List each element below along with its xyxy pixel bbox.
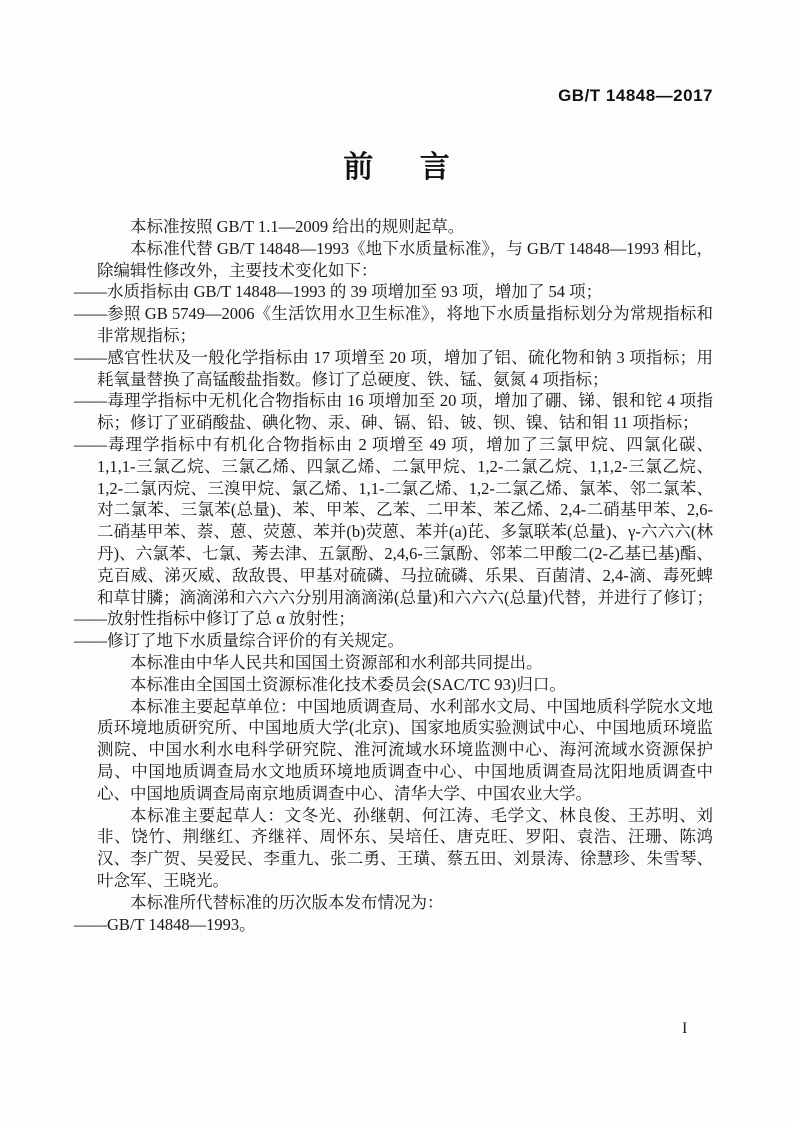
paragraph-basis: 本标准按照 GB/T 1.1—2009 给出的规则起草。 xyxy=(97,216,713,238)
page-number: I xyxy=(682,1020,687,1038)
paragraph-history-intro: 本标准所代替标准的历次版本发布情况为： xyxy=(97,892,713,914)
paragraph-drafters: 本标准主要起草人：文冬光、孙继朝、何江涛、毛学文、林良俊、王苏明、刘非、饶竹、荆… xyxy=(97,805,713,892)
change-item: ——毒理学指标中无机化合物指标由 16 项增加至 20 项，增加了硼、锑、银和铊… xyxy=(97,390,713,434)
page-header: GB/T 14848—2017 xyxy=(558,86,713,106)
document-page: GB/T 14848—2017 前言 本标准按照 GB/T 1.1—2009 给… xyxy=(0,0,793,1122)
change-item: ——放射性指标中修订了总 α 放射性； xyxy=(97,608,713,630)
change-item: ——修订了地下水质量综合评价的有关规定。 xyxy=(97,630,713,652)
history-version-list: ——GB/T 14848—1993。 xyxy=(97,914,713,936)
page-title: 前言 xyxy=(0,142,793,186)
standard-code: GB/T 14848—2017 xyxy=(558,86,713,105)
paragraph-proposed-by: 本标准由中华人民共和国国土资源部和水利部共同提出。 xyxy=(97,652,713,674)
paragraph-replaces: 本标准代替 GB/T 14848—1993《地下水质量标准》，与 GB/T 14… xyxy=(97,238,713,282)
change-item: ——参照 GB 5749—2006《生活饮用水卫生标准》，将地下水质量指标划分为… xyxy=(97,303,713,347)
foreword-body: 本标准按照 GB/T 1.1—2009 给出的规则起草。 本标准代替 GB/T … xyxy=(97,216,713,935)
change-item: ——水质指标由 GB/T 14848—1993 的 39 项增加至 93 项，增… xyxy=(97,281,713,303)
paragraph-centralized-by: 本标准由全国国土资源标准化技术委员会(SAC/TC 93)归口。 xyxy=(97,674,713,696)
history-version-item: ——GB/T 14848—1993。 xyxy=(97,914,713,936)
paragraph-drafting-orgs: 本标准主要起草单位：中国地质调查局、水利部水文局、中国地质科学院水文地质环境地质… xyxy=(97,696,713,805)
change-item: ——毒理学指标中有机化合物指标由 2 项增至 49 项，增加了三氯甲烷、四氯化碳… xyxy=(97,434,713,608)
change-list: ——水质指标由 GB/T 14848—1993 的 39 项增加至 93 项，增… xyxy=(97,281,713,652)
page-title-text: 前言 xyxy=(343,151,496,184)
change-item: ——感官性状及一般化学指标由 17 项增至 20 项，增加了铝、硫化物和钠 3 … xyxy=(97,347,713,391)
